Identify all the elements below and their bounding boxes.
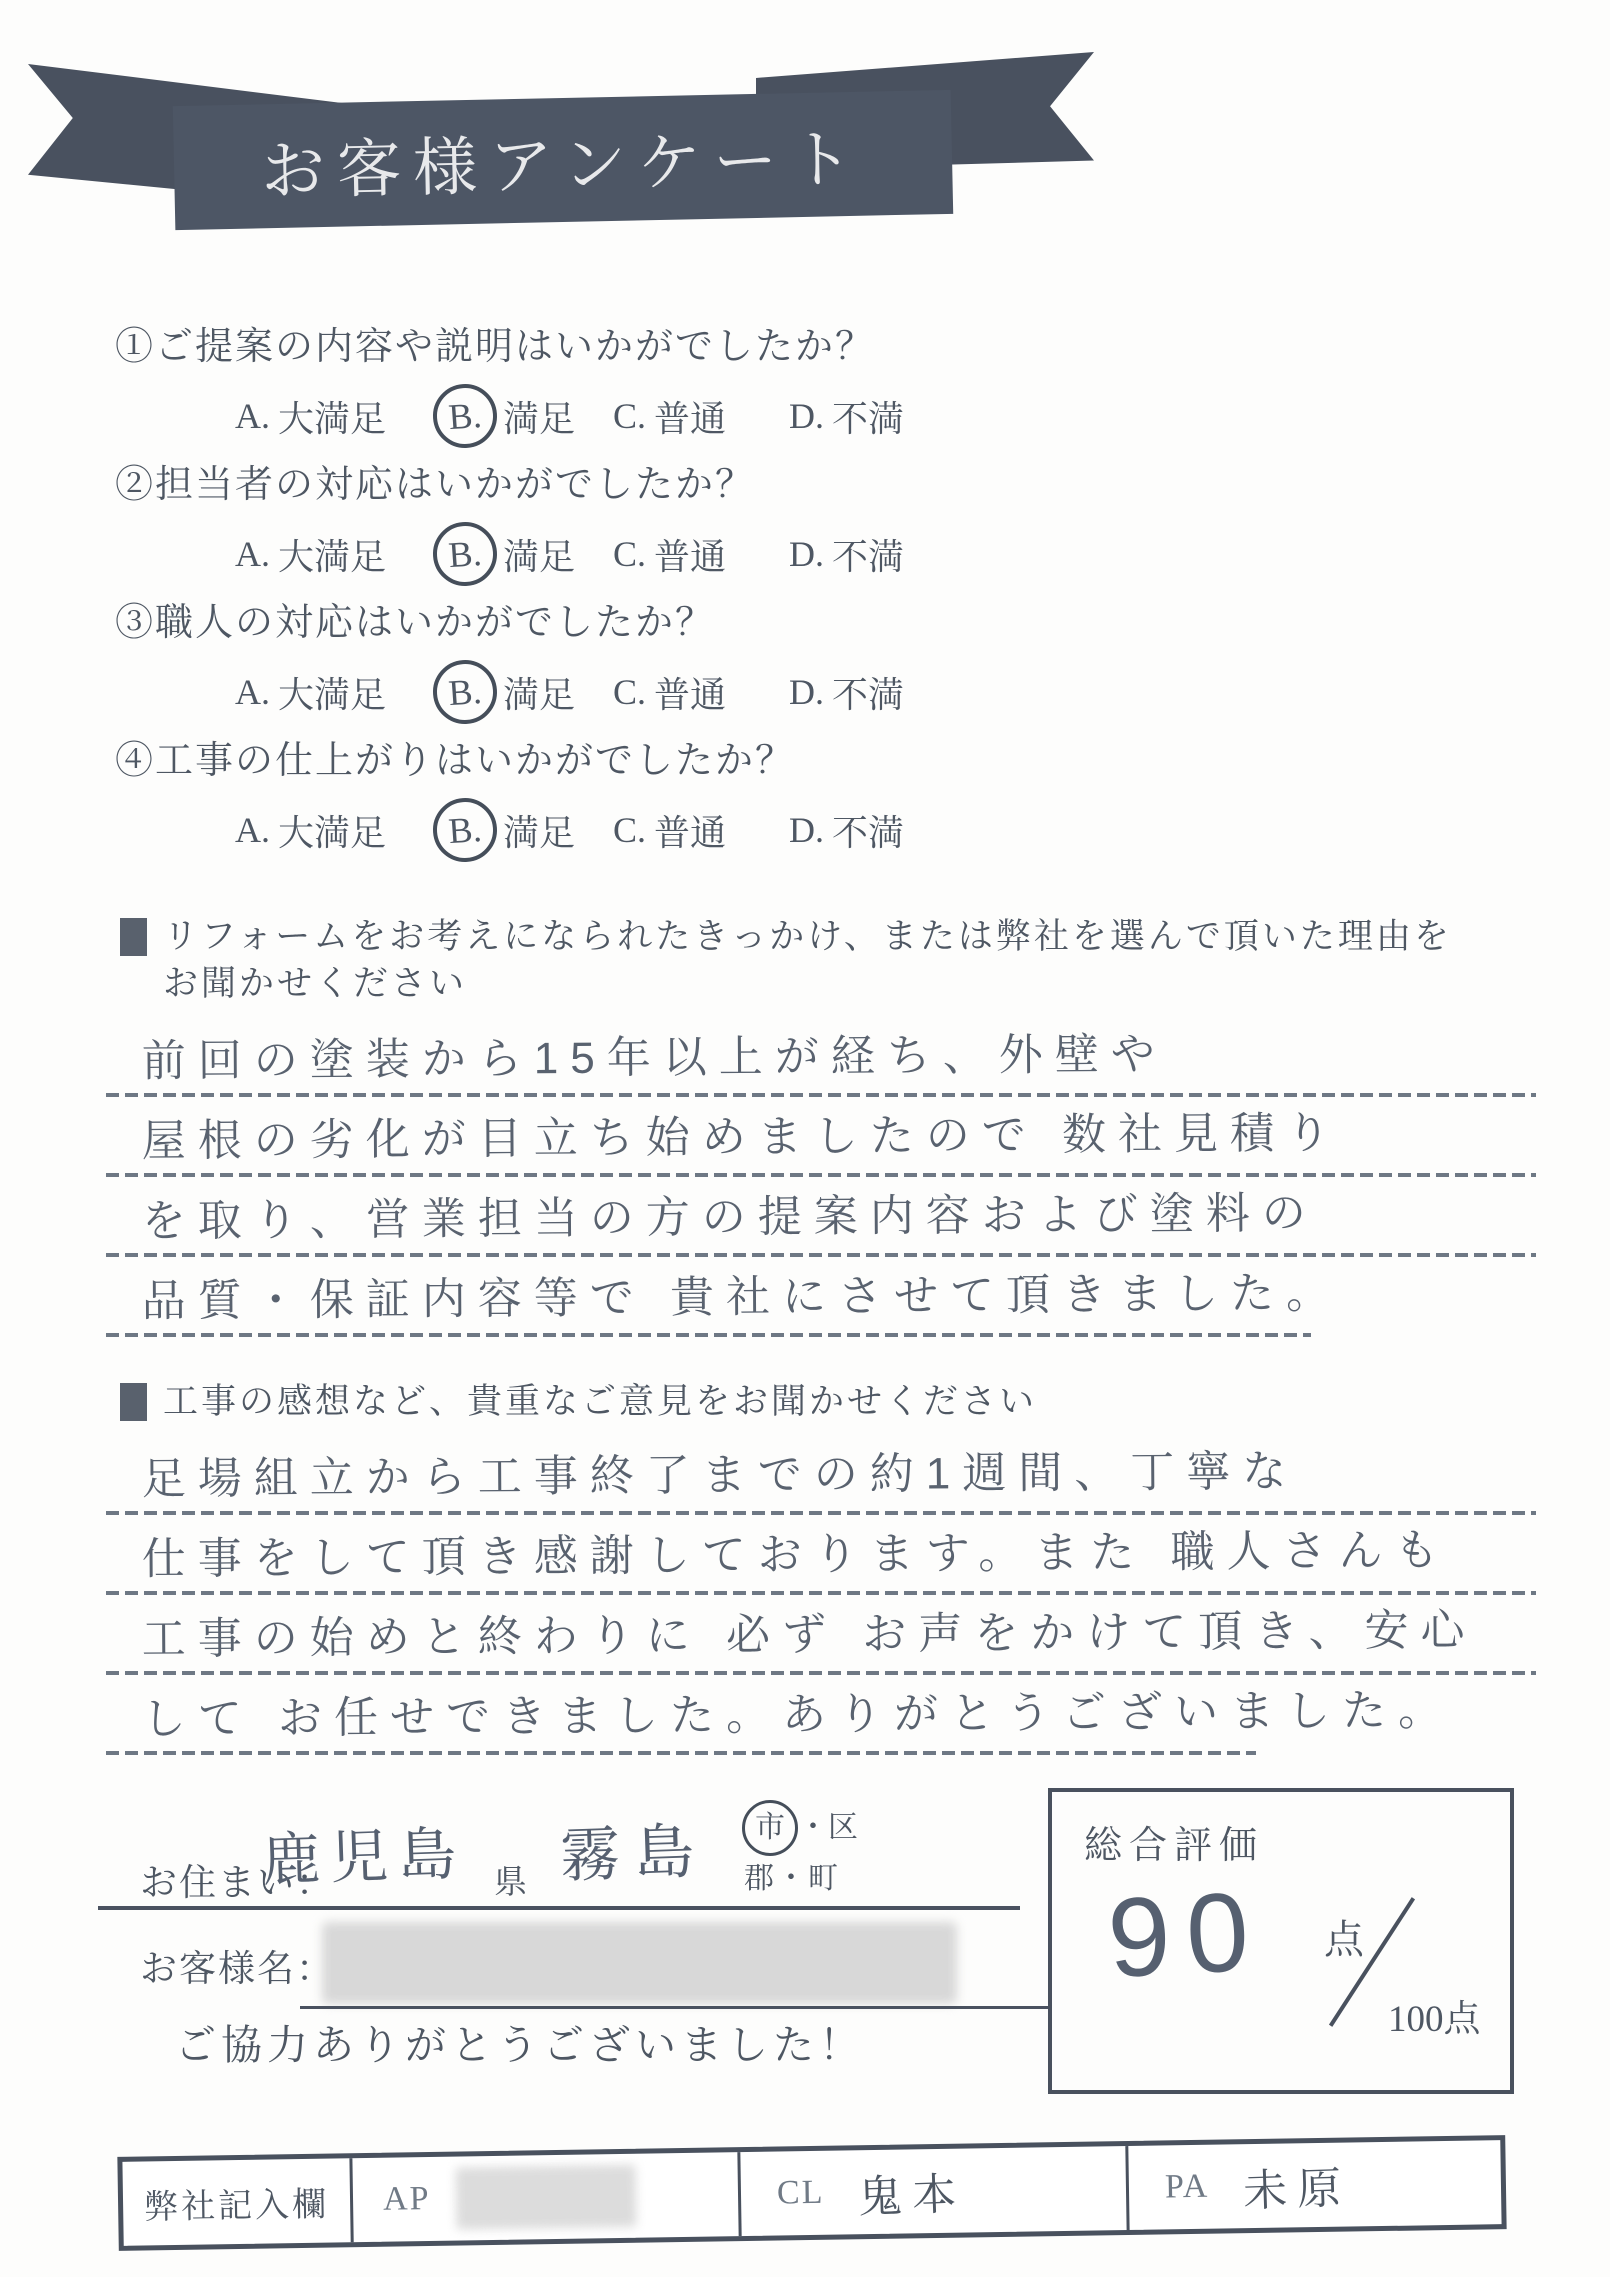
unit-county-town-label: 郡・町: [744, 1862, 840, 1896]
option-c: C.普通: [613, 667, 789, 718]
option-a: A.大満足: [235, 667, 433, 718]
option-label: 普通: [654, 667, 726, 718]
option-key: C.: [613, 671, 646, 713]
option-label: 満足: [503, 391, 575, 442]
option-key: B.: [447, 808, 483, 852]
dotted-rule: [106, 1333, 1311, 1337]
rating-score-handwritten: 90: [1105, 1866, 1268, 2003]
answer-line: 足場組立から工事終了までの約1週間、丁寧な: [120, 1435, 1550, 1515]
thanks-message: ご協力ありがとうございました！: [175, 2012, 865, 2071]
option-d: D.不満: [789, 529, 1515, 580]
option-c: C.普通: [613, 805, 789, 856]
square-bullet-icon: [120, 918, 147, 956]
handwritten-text: して お任せできました。ありがとうございました。: [142, 1674, 1455, 1747]
option-key: A.: [235, 671, 270, 713]
pa-value-handwritten: 未原: [1242, 2152, 1352, 2220]
question-1-options: A.大満足 B.満足 C.普通 D.不満: [115, 384, 1515, 442]
section-reason-heading: リフォームをお考えになられたきっかけ、または弊社を選んで頂いた理由を お聞かせく…: [120, 913, 1550, 1007]
section-reason-answer: 前回の塗装から15年以上が経ち、外壁や 屋根の劣化が目立ち始めましたので 数社見…: [120, 1017, 1550, 1337]
option-key: C.: [613, 533, 646, 575]
city-unit-row-top: 市 ・区: [742, 1800, 858, 1856]
ribbon-band: お客様アンケート: [173, 90, 953, 230]
selection-circle: B.: [431, 796, 499, 864]
ap-key-label: AP: [383, 2180, 431, 2219]
customer-name-underline: [300, 2006, 1095, 2009]
section-impressions-answer: 足場組立から工事終了までの約1週間、丁寧な 仕事をして頂き感謝しております。また…: [120, 1435, 1550, 1755]
handwritten-text: 屋根の劣化が目立ち始めましたので 数社見積り: [142, 1097, 1343, 1169]
question-3-options: A.大満足 B.満足 C.普通 D.不満: [115, 660, 1515, 718]
selection-circle: 市: [742, 1800, 798, 1856]
question-4-number: ④: [115, 740, 155, 782]
option-label: 大満足: [278, 391, 386, 442]
question-2-label: 担当者の対応はいかがでしたか？: [155, 464, 755, 506]
section-impressions-heading: 工事の感想など、貴重なご意見をお聞かせください: [120, 1378, 1550, 1425]
overall-rating-box: 総合評価 90 点 100点: [1048, 1788, 1514, 2094]
question-1-text: ①ご提案の内容や説明はいかがでしたか？: [115, 323, 1515, 371]
option-c: C.普通: [613, 529, 789, 580]
option-label: 不満: [832, 805, 904, 856]
question-4: ④工事の仕上がりはいかがでしたか？ A.大満足 B.満足 C.普通 D.不満: [115, 737, 1515, 856]
selection-circle: B.: [431, 382, 499, 450]
answer-line: 工事の始めと終わりに 必ず お声をかけて頂き、安心: [120, 1595, 1550, 1675]
residence-prefecture-handwritten: 鹿児島: [261, 1806, 468, 1897]
question-list: ①ご提案の内容や説明はいかがでしたか？ A.大満足 B.満足 C.普通 D.不満…: [115, 323, 1515, 875]
answer-line: して お任せできました。ありがとうございました。: [120, 1675, 1550, 1755]
cl-value-handwritten: 鬼本: [857, 2158, 967, 2226]
heading-line-1: リフォームをお考えになられたきっかけ、または弊社を選んで頂いた理由を: [163, 913, 1452, 960]
section-reason-heading-text: リフォームをお考えになられたきっかけ、または弊社を選んで頂いた理由を お聞かせく…: [163, 913, 1452, 1007]
office-use-label-cell: 弊社記入欄: [122, 2158, 353, 2246]
rating-label: 総合評価: [1084, 1814, 1264, 1869]
city-unit-row-bottom: 郡・町: [742, 1862, 858, 1896]
option-label: 普通: [654, 805, 726, 856]
option-key: B.: [447, 670, 483, 714]
option-a: A.大満足: [235, 805, 433, 856]
option-label: 満足: [503, 667, 575, 718]
option-label: 普通: [654, 391, 726, 442]
question-2-text: ②担当者の対応はいかがでしたか？: [115, 461, 1515, 509]
customer-name-redacted: [322, 1922, 957, 2004]
question-1-number: ①: [115, 326, 155, 368]
question-4-label: 工事の仕上がりはいかがでしたか？: [155, 740, 795, 782]
selection-circle: B.: [431, 520, 499, 588]
answer-line: 屋根の劣化が目立ち始めましたので 数社見積り: [120, 1097, 1550, 1177]
question-2: ②担当者の対応はいかがでしたか？ A.大満足 B.満足 C.普通 D.不満: [115, 461, 1515, 580]
office-ap-cell: AP: [352, 2152, 741, 2242]
rating-unit-label: 点: [1324, 1908, 1364, 1965]
rating-denominator: 100点: [1388, 1988, 1481, 2042]
option-d: D.不満: [789, 667, 1515, 718]
residence-city-handwritten: 霧島: [559, 1803, 710, 1894]
section-impressions-heading-text: 工事の感想など、貴重なご意見をお聞かせください: [163, 1378, 1037, 1425]
section-reason: リフォームをお考えになられたきっかけ、または弊社を選んで頂いた理由を お聞かせく…: [120, 913, 1550, 1337]
handwritten-text: 工事の始めと終わりに 必ず お声をかけて頂き、安心: [142, 1594, 1477, 1667]
option-d: D.不満: [789, 805, 1515, 856]
handwritten-text: を取り、営業担当の方の提案内容および塗料の: [142, 1177, 1318, 1249]
handwritten-text: 仕事をして頂き感謝しております。また 職人さんも: [142, 1514, 1451, 1587]
prefecture-unit-label: 県: [494, 1856, 527, 1903]
option-label: 大満足: [278, 805, 386, 856]
option-a: A.大満足: [235, 391, 433, 442]
question-4-text: ④工事の仕上がりはいかがでしたか？: [115, 737, 1515, 785]
option-key: C.: [613, 809, 646, 851]
option-b-selected: B.満足: [433, 522, 613, 586]
page-title: お客様アンケート: [260, 108, 866, 213]
cl-key-label: CL: [777, 2174, 825, 2213]
heading-line-2: お聞かせください: [163, 960, 1452, 1007]
option-b-selected: B.満足: [433, 798, 613, 862]
question-1-label: ご提案の内容や説明はいかがでしたか？: [155, 326, 875, 368]
question-3-number: ③: [115, 602, 155, 644]
dotted-rule: [106, 1751, 1256, 1755]
option-c: C.普通: [613, 391, 789, 442]
option-key: A.: [235, 533, 270, 575]
option-b-selected: B.満足: [433, 384, 613, 448]
unit-ward-label: ・区: [798, 1811, 858, 1845]
option-key: B.: [447, 394, 483, 438]
office-pa-cell: PA 未原: [1128, 2140, 1501, 2230]
customer-name-label: お客様名：: [140, 1938, 335, 1992]
square-bullet-icon: [120, 1383, 147, 1421]
title-ribbon: お客様アンケート: [28, 58, 1068, 238]
unit-city-label: 市: [755, 1811, 785, 1845]
option-label: 不満: [832, 667, 904, 718]
answer-line: 前回の塗装から15年以上が経ち、外壁や: [120, 1017, 1550, 1097]
option-key: D.: [789, 671, 824, 713]
office-use-table: 弊社記入欄 AP CL 鬼本 PA 未原: [117, 2135, 1506, 2251]
office-use-label: 弊社記入欄: [144, 2176, 330, 2228]
survey-scan-page: お客様アンケート ①ご提案の内容や説明はいかがでしたか？ A.大満足 B.満足 …: [0, 0, 1610, 2277]
option-label: 普通: [654, 529, 726, 580]
option-key: D.: [789, 395, 824, 437]
handwritten-text: 前回の塗装から15年以上が経ち、外壁や: [142, 1018, 1167, 1089]
answer-line: 仕事をして頂き感謝しております。また 職人さんも: [120, 1515, 1550, 1595]
option-b-selected: B.満足: [433, 660, 613, 724]
option-label: 満足: [503, 529, 575, 580]
option-key: A.: [235, 809, 270, 851]
pa-key-label: PA: [1165, 2168, 1210, 2207]
option-label: 満足: [503, 805, 575, 856]
option-label: 大満足: [278, 667, 386, 718]
selection-circle: B.: [431, 658, 499, 726]
ap-value-redacted: [456, 2165, 637, 2230]
option-a: A.大満足: [235, 529, 433, 580]
option-d: D.不満: [789, 391, 1515, 442]
option-key: D.: [789, 533, 824, 575]
option-label: 不満: [832, 529, 904, 580]
question-3: ③職人の対応はいかがでしたか？ A.大満足 B.満足 C.普通 D.不満: [115, 599, 1515, 718]
handwritten-text: 品質・保証内容等で 貴社にさせて頂きました。: [142, 1257, 1343, 1329]
option-key: C.: [613, 395, 646, 437]
section-impressions: 工事の感想など、貴重なご意見をお聞かせください 足場組立から工事終了までの約1週…: [120, 1378, 1550, 1755]
option-label: 不満: [832, 391, 904, 442]
handwritten-text: 足場組立から工事終了までの約1週間、丁寧な: [142, 1435, 1299, 1507]
question-4-options: A.大満足 B.満足 C.普通 D.不満: [115, 798, 1515, 856]
option-key: B.: [447, 532, 483, 576]
question-3-label: 職人の対応はいかがでしたか？: [155, 602, 715, 644]
city-unit-selector: 市 ・区 郡・町: [742, 1800, 858, 1896]
option-key: A.: [235, 395, 270, 437]
office-cl-cell: CL 鬼本: [740, 2146, 1129, 2236]
option-key: D.: [789, 809, 824, 851]
question-3-text: ③職人の対応はいかがでしたか？: [115, 599, 1515, 647]
question-2-options: A.大満足 B.満足 C.普通 D.不満: [115, 522, 1515, 580]
question-2-number: ②: [115, 464, 155, 506]
heading-line-1: 工事の感想など、貴重なご意見をお聞かせください: [163, 1378, 1037, 1425]
option-label: 大満足: [278, 529, 386, 580]
question-1: ①ご提案の内容や説明はいかがでしたか？ A.大満足 B.満足 C.普通 D.不満: [115, 323, 1515, 442]
residence-underline: [98, 1906, 1020, 1910]
answer-line: 品質・保証内容等で 貴社にさせて頂きました。: [120, 1257, 1550, 1337]
answer-line: を取り、営業担当の方の提案内容および塗料の: [120, 1177, 1550, 1257]
